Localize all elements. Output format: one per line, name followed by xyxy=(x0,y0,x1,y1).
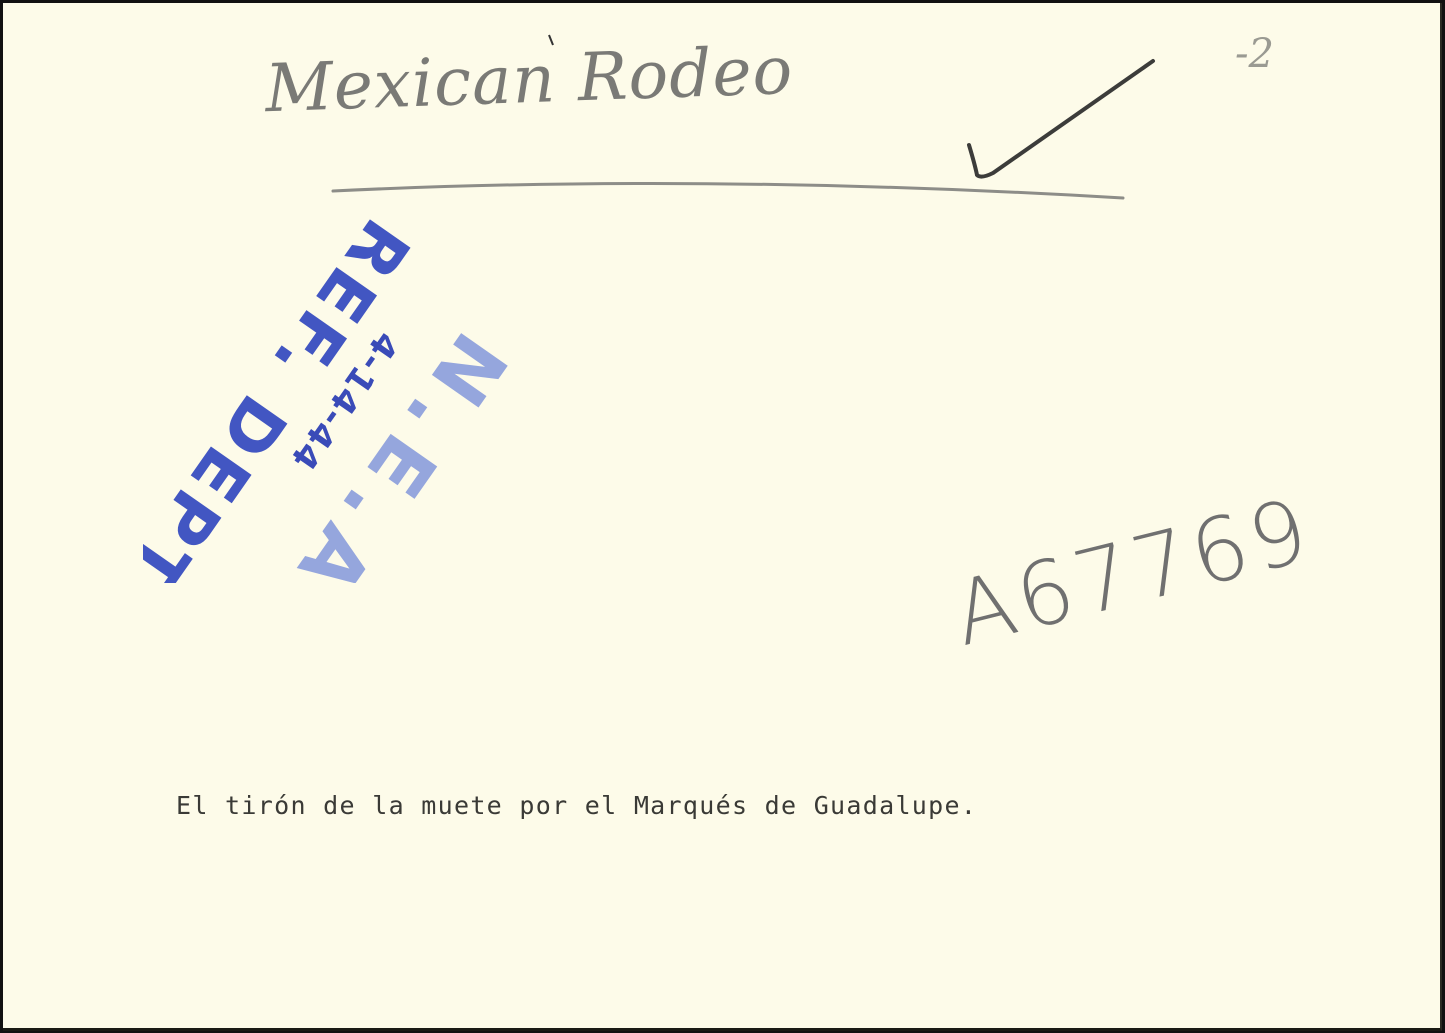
typed-caption: El tirón de la muete por el Marqués de G… xyxy=(176,791,977,820)
checkmark-icon xyxy=(969,61,1153,177)
ref-dept-stamp: N.E.A. 4-14-44 REF. DEPT. xyxy=(143,183,563,583)
tick-mark xyxy=(549,35,553,45)
archive-card: Mexican Rodeo -2 N.E.A. 4-14-44 REF. DEP… xyxy=(3,3,1442,1031)
